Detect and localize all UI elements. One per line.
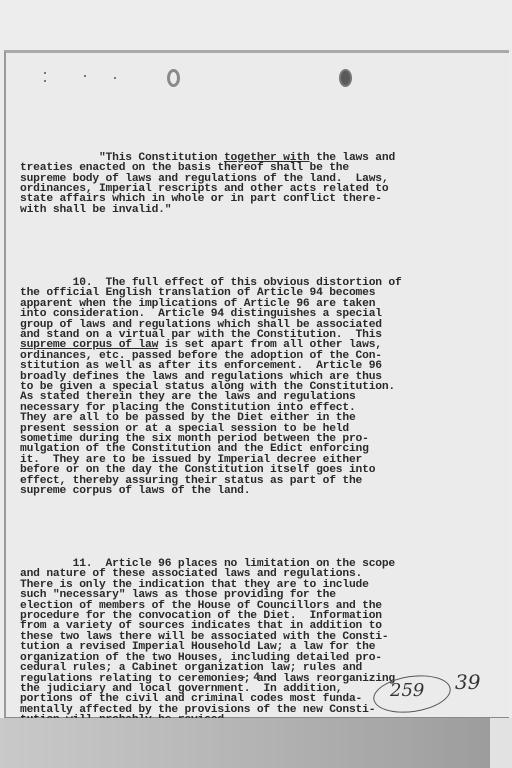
text-line: with shall be invalid.": [20, 205, 500, 215]
speck: [84, 75, 86, 77]
quote-paragraph: "This Constitution together with the law…: [20, 153, 500, 215]
punch-hole-right: [339, 69, 352, 87]
speck: [44, 72, 46, 74]
speck: [114, 77, 116, 79]
next-page-edge: [490, 718, 512, 768]
scanner-background-bottom: [0, 718, 512, 768]
handwritten-circled-number: 259: [390, 680, 424, 701]
text-line: stitution as well as after its enforceme…: [20, 361, 500, 371]
text-line: They are all to be passed by the Diet ei…: [20, 413, 500, 423]
text-line: into consideration. Article 94 distingui…: [20, 309, 500, 319]
page-number: - 4 -: [240, 672, 273, 684]
punch-hole-left: [167, 69, 180, 87]
paragraph-10: 10. The full effect of this obvious dist…: [20, 278, 500, 497]
scanner-background-top: [0, 0, 512, 50]
document-body: "This Constitution together with the law…: [20, 132, 500, 736]
text-line: supreme corpus of laws of the land.: [20, 486, 500, 496]
speck: [44, 80, 46, 82]
handwritten-number: 39: [455, 670, 480, 694]
